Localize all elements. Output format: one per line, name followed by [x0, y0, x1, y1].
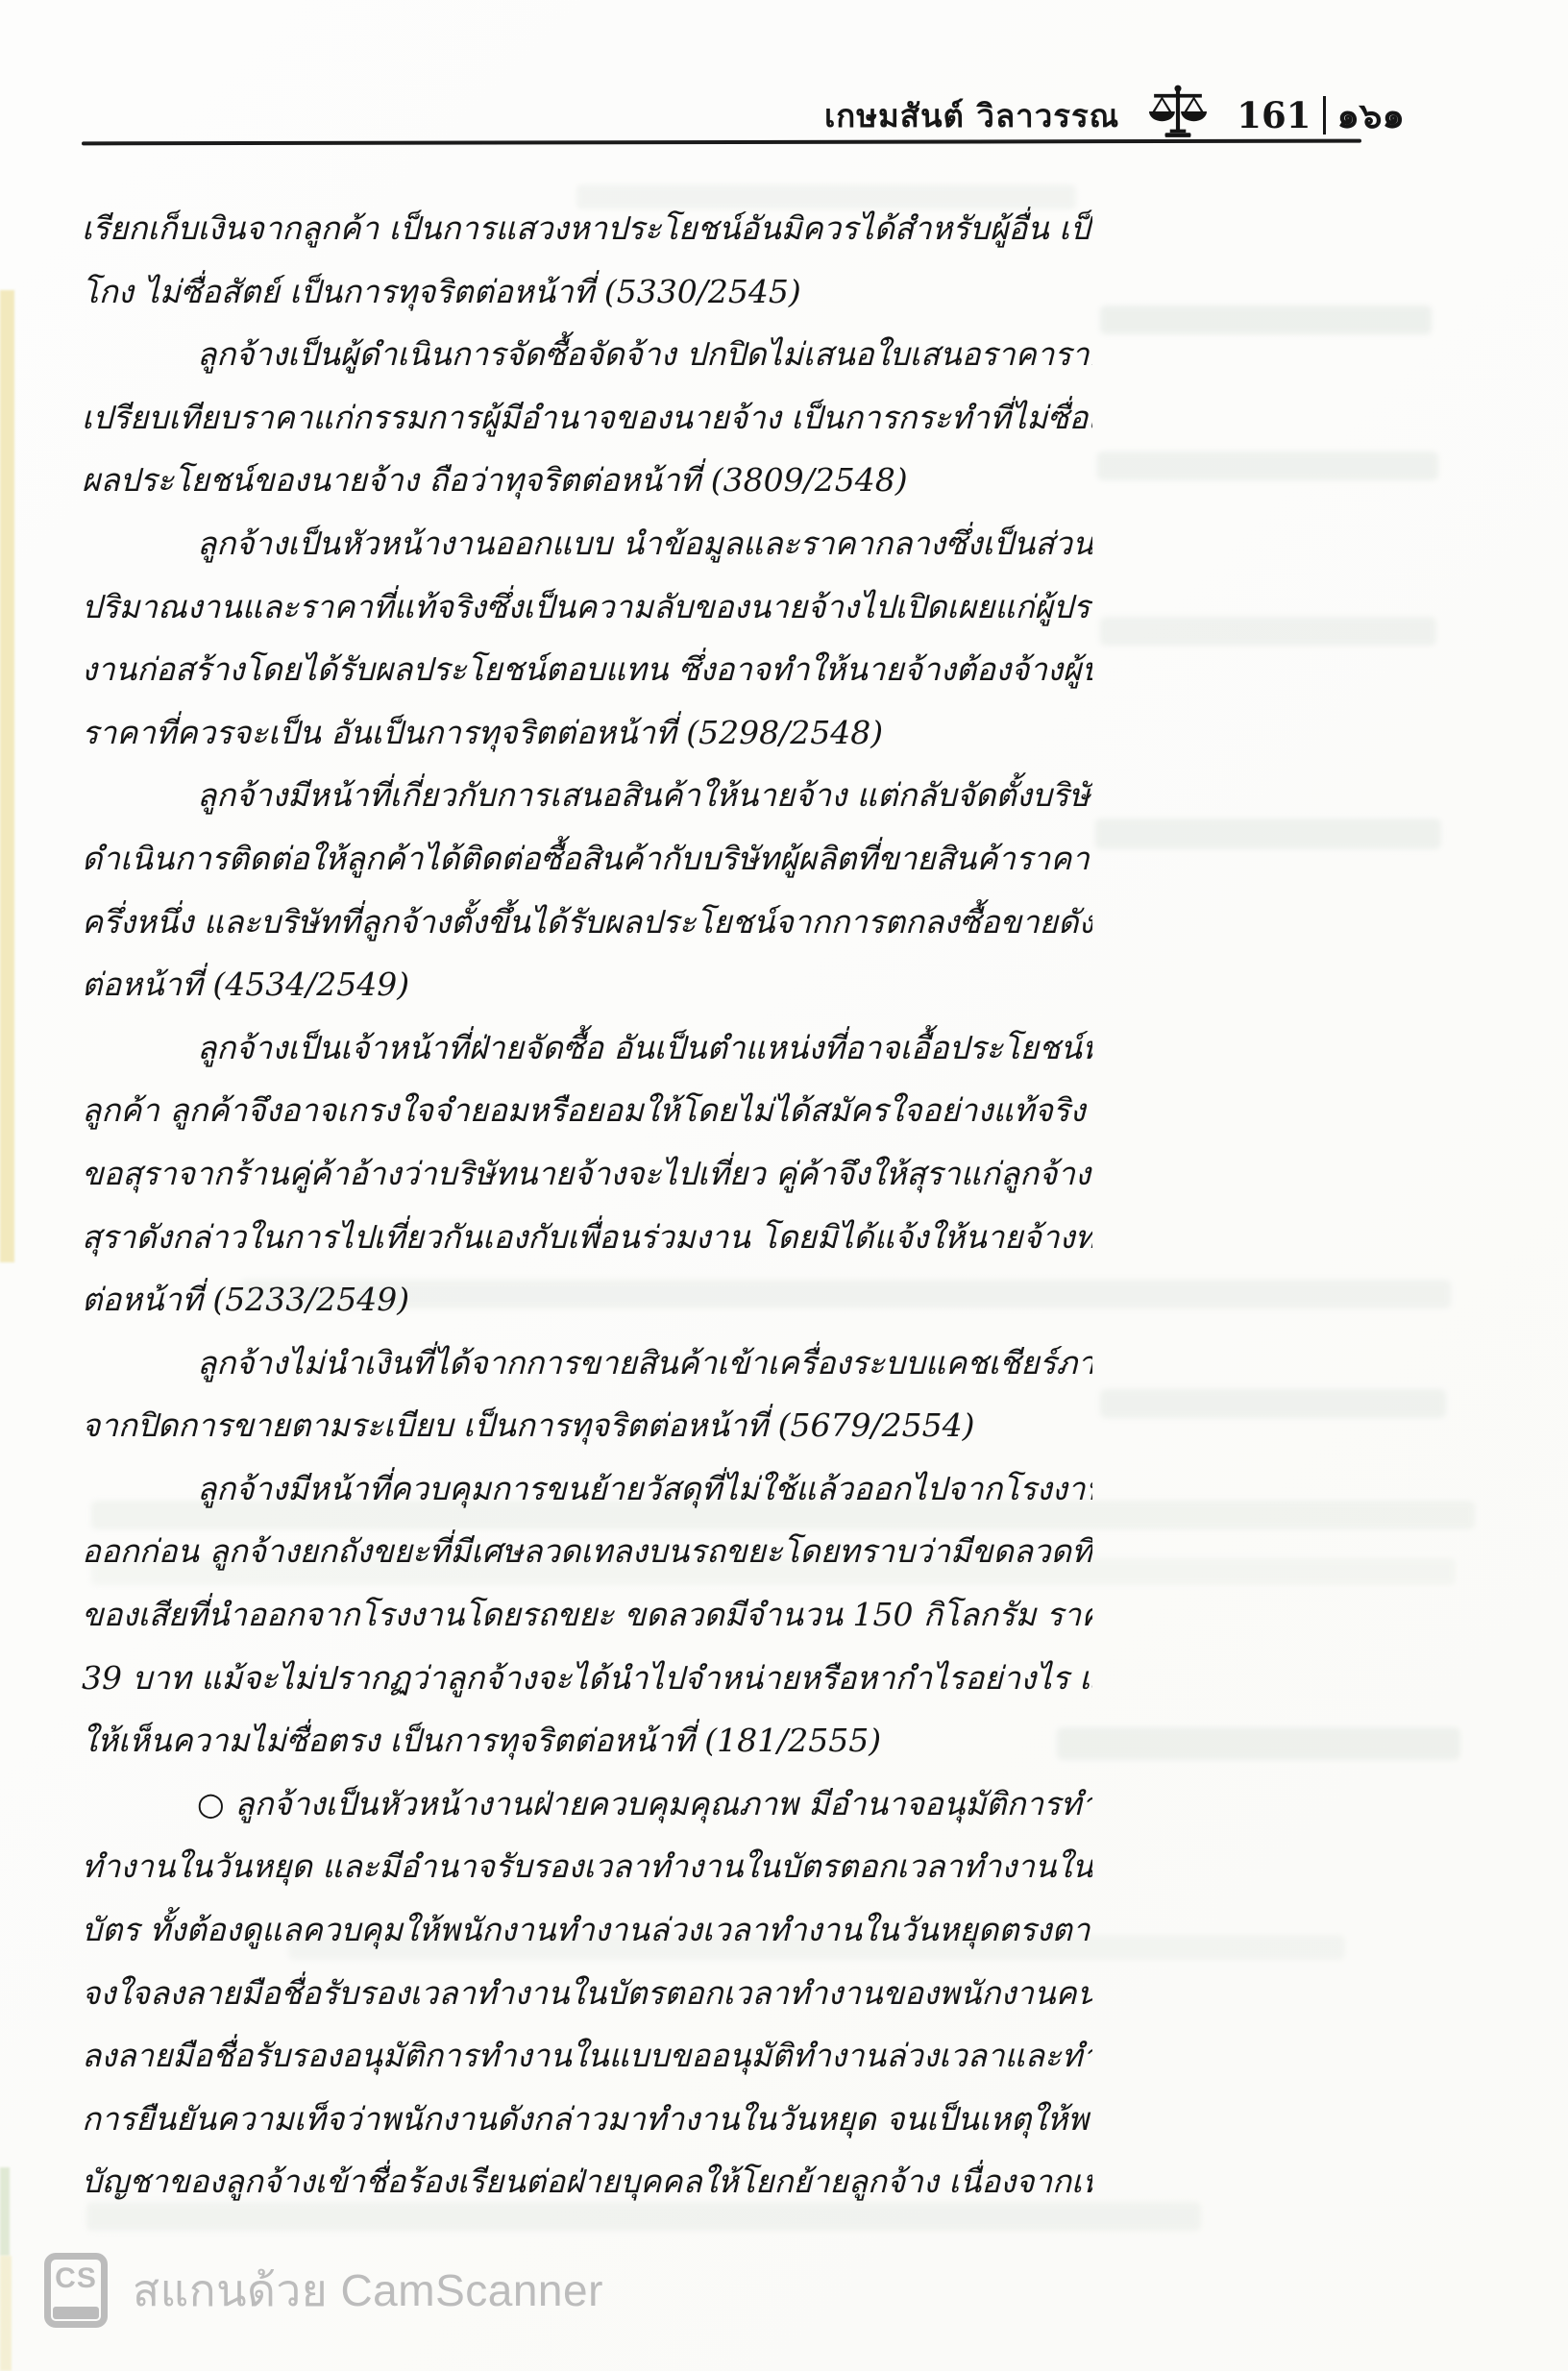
- page-number-divider: [1323, 96, 1326, 134]
- text-line: ทำงานในวันหยุด และมีอำนาจรับรองเวลาทำงาน…: [82, 1835, 1092, 1898]
- page-number: 161 ๑๖๑: [1237, 87, 1405, 144]
- text-line: 39 บาท แม้จะไม่ปรากฏว่าลูกจ้างจะได้นำไปจ…: [82, 1647, 1092, 1710]
- author-name: เกษมสันต์ วิลาวรรณ: [824, 90, 1119, 141]
- text-line: บัตร ทั้งต้องดูแลควบคุมให้พนักงานทำงานล่…: [82, 1898, 1092, 1962]
- bleedthrough-artifact: [1100, 617, 1436, 646]
- text-line: ปริมาณงานและราคาที่แท้จริงซึ่งเป็นความลั…: [82, 575, 1092, 639]
- page-edge-artifact: [0, 2256, 12, 2371]
- text-line: บัญชาของลูกจ้างเข้าชื่อร้องเรียนต่อฝ่ายบ…: [82, 2150, 1092, 2213]
- bleedthrough-artifact: [1100, 306, 1432, 334]
- text-line: ต่อหน้าที่ (4534/2549): [82, 953, 1092, 1016]
- text-line: การยืนยันความเท็จว่าพนักงานดังกล่าวมาทำง…: [82, 2088, 1092, 2151]
- text-line: ลูกจ้างเป็นเจ้าหน้าที่ฝ่ายจัดซื้อ อันเป็…: [82, 1016, 1092, 1080]
- text-line: ลงลายมือชื่อรับรองอนุมัติการทำงานในแบบขอ…: [82, 2024, 1092, 2088]
- camscanner-watermark: CS สแกนด้วย CamScanner: [44, 2250, 603, 2331]
- bleedthrough-artifact: [1097, 452, 1438, 480]
- text-line: จงใจลงลายมือชื่อรับรองเวลาทำงานในบัตรตอก…: [82, 1962, 1092, 2025]
- page-body: เรียกเก็บเงินจากลูกค้า เป็นการแสวงหาประโ…: [82, 197, 1092, 2213]
- text-line: เปรียบเทียบราคาแก่กรรมการผู้มีอำนาจของนา…: [82, 386, 1092, 450]
- text-line: ลูกจ้างเป็นผู้ดำเนินการจัดซื้อจัดจ้าง ปก…: [82, 323, 1092, 386]
- text-line: ต่อหน้าที่ (5233/2549): [82, 1268, 1092, 1332]
- text-line: ออกก่อน ลูกจ้างยกถังขยะที่มีเศษลวดเทลงบน…: [82, 1520, 1092, 1583]
- text-line: ของเสียที่นำออกจากโรงงานโดยรถขยะ ขดลวดมี…: [82, 1583, 1092, 1647]
- text-line: ลูกจ้างเป็นหัวหน้างานออกแบบ นำข้อมูลและร…: [82, 512, 1092, 575]
- text-line: ลูกค้า ลูกค้าจึงอาจเกรงใจจำยอมหรือยอมให้…: [82, 1079, 1092, 1142]
- text-line: ลูกจ้างมีหน้าที่ควบคุมการขนย้ายวัสดุที่ไ…: [82, 1457, 1092, 1521]
- bleedthrough-artifact: [1095, 819, 1441, 849]
- camscanner-watermark-text: สแกนด้วย CamScanner: [133, 2256, 603, 2326]
- text-line: สุราดังกล่าวในการไปเที่ยวกันเองกับเพื่อน…: [82, 1206, 1092, 1269]
- text-line: ครึ่งหนึ่ง และบริษัทที่ลูกจ้างตั้งขึ้นได…: [82, 891, 1092, 954]
- page-number-thai: ๑๖๑: [1337, 87, 1405, 144]
- scanned-page: เกษมสันต์ วิลาวรรณ 161 ๑๖๑ เรียกเก็บเงิน…: [0, 0, 1568, 2371]
- page-edge-artifact: [0, 2167, 10, 2256]
- text-line: งานก่อสร้างโดยได้รับผลประโยชน์ตอบแทน ซึ่…: [82, 638, 1092, 701]
- camscanner-logo-icon: CS: [44, 2253, 108, 2328]
- scales-of-justice-icon: [1144, 85, 1212, 140]
- bleedthrough-artifact: [1100, 1389, 1446, 1418]
- bleedthrough-artifact: [1057, 1727, 1460, 1760]
- text-line: ผลประโยชน์ของนายจ้าง ถือว่าทุจริตต่อหน้า…: [82, 449, 1092, 512]
- text-line: ลูกจ้างไม่นำเงินที่ได้จากการขายสินค้าเข้…: [82, 1332, 1092, 1395]
- text-line: ขอสุราจากร้านคู่ค้าอ้างว่าบริษัทนายจ้างจ…: [82, 1142, 1092, 1206]
- text-line: โกง ไม่ซื่อสัตย์ เป็นการทุจริตต่อหน้าที่…: [82, 260, 1092, 324]
- text-line: เรียกเก็บเงินจากลูกค้า เป็นการแสวงหาประโ…: [82, 197, 1092, 260]
- page-edge-artifact: [0, 290, 14, 1262]
- text-line: ลูกจ้างมีหน้าที่เกี่ยวกับการเสนอสินค้าให…: [82, 764, 1092, 827]
- text-line: จากปิดการขายตามระเบียบ เป็นการทุจริตต่อห…: [82, 1394, 1092, 1457]
- page-number-arabic: 161: [1237, 94, 1311, 136]
- camscanner-logo-text: CS: [55, 2260, 97, 2298]
- text-line: ให้เห็นความไม่ซื่อตรง เป็นการทุจริตต่อหน…: [82, 1709, 1092, 1772]
- text-line: ดำเนินการติดต่อให้ลูกค้าได้ติดต่อซื้อสิน…: [82, 827, 1092, 891]
- page-header: เกษมสันต์ วิลาวรรณ 161 ๑๖๑: [0, 88, 1405, 142]
- text-line: ○ ลูกจ้างเป็นหัวหน้างานฝ่ายควบคุมคุณภาพ …: [82, 1772, 1092, 1836]
- camscanner-logo-chin: [53, 2307, 99, 2319]
- text-line: ราคาที่ควรจะเป็น อันเป็นการทุจริตต่อหน้า…: [82, 701, 1092, 765]
